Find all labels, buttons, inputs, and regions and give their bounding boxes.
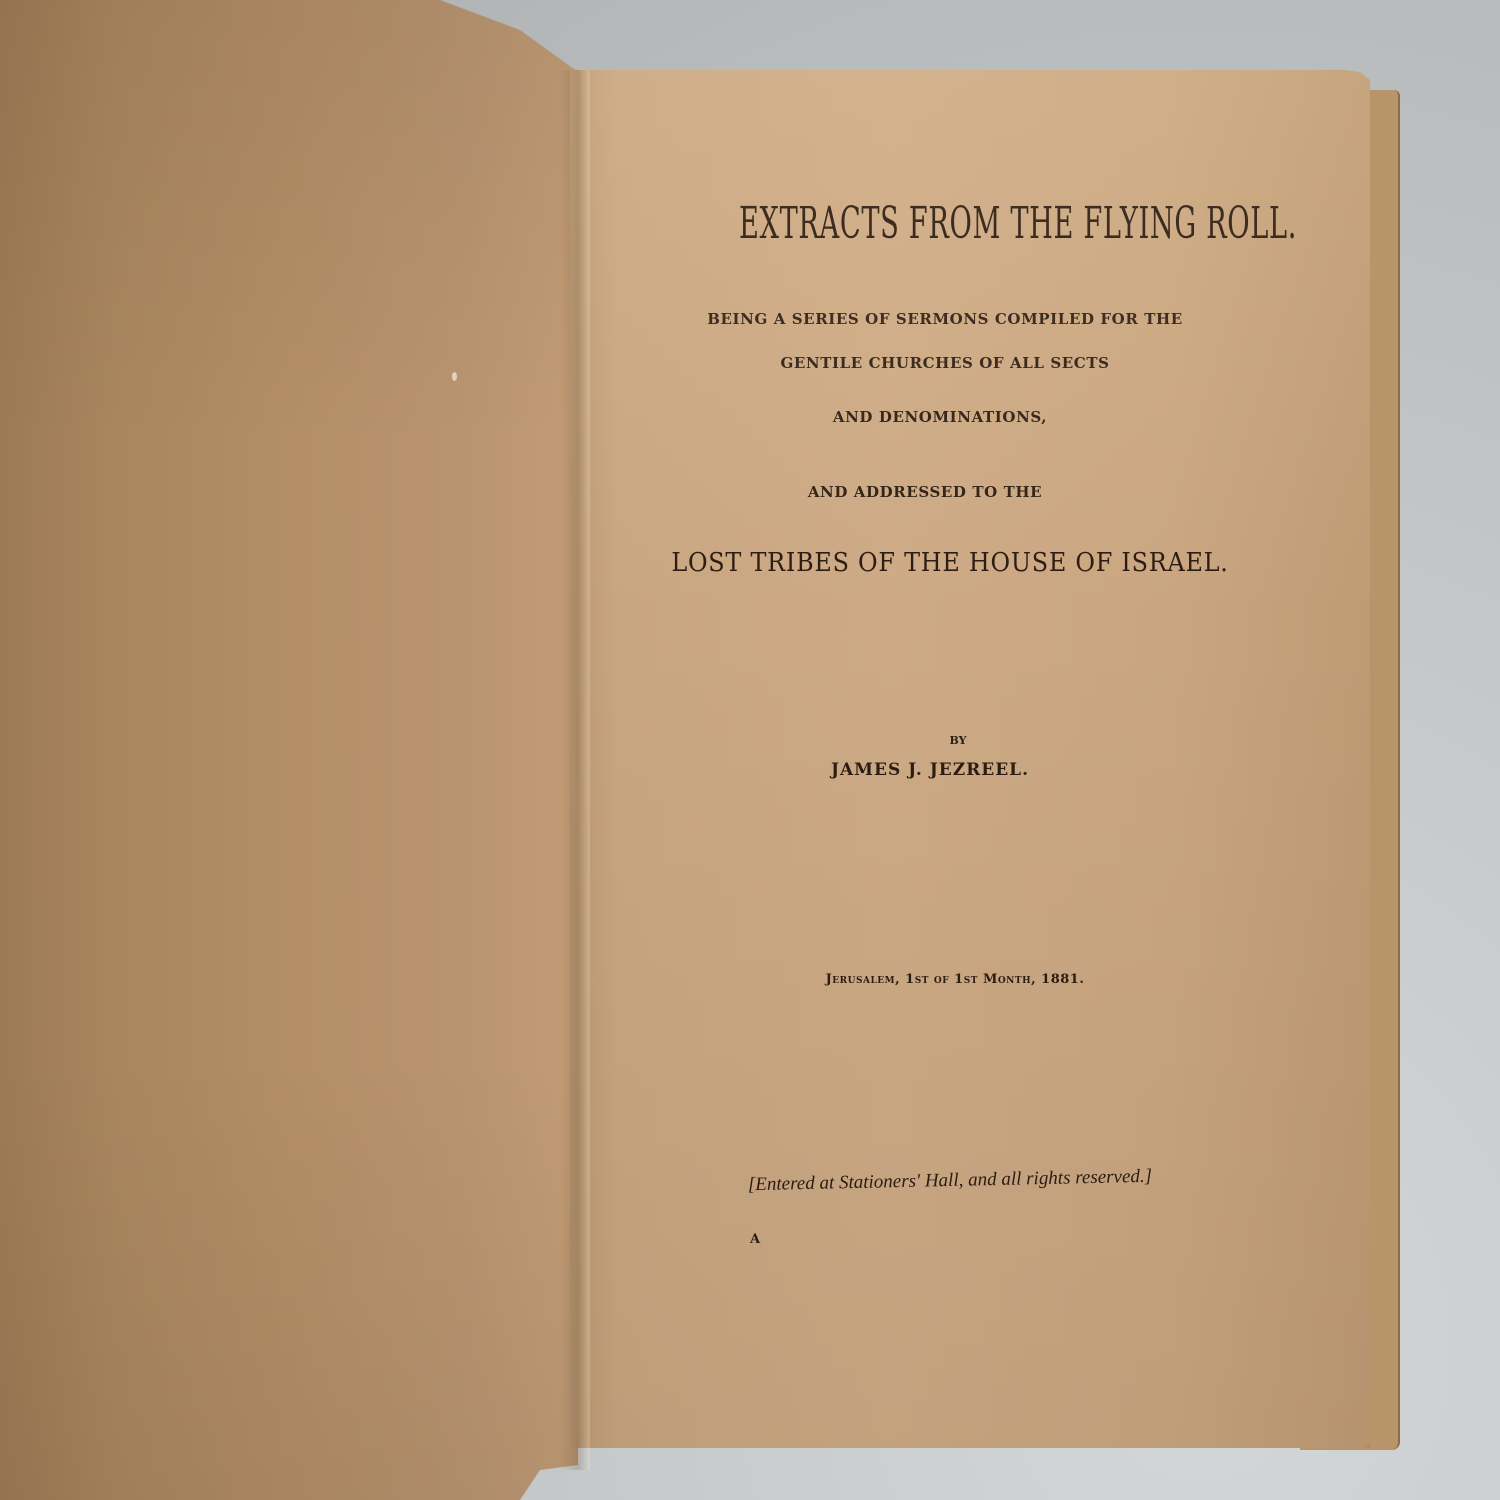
paper-speck bbox=[452, 372, 457, 381]
by-label: BY bbox=[558, 734, 1358, 747]
author-name: JAMES J. JEZREEL. bbox=[530, 760, 1330, 780]
book-title: EXTRACTS FROM THE FLYING ROLL. bbox=[739, 198, 1111, 249]
addressed-line: AND ADDRESSED TO THE bbox=[525, 483, 1325, 501]
place-date: Jerusalem, 1st of 1st Month, 1881. bbox=[555, 972, 1355, 987]
title-page: EXTRACTS FROM THE FLYING ROLL. BEING A S… bbox=[570, 70, 1370, 1448]
subtitle-line-1: BEING A SERIES OF SERMONS COMPILED FOR T… bbox=[545, 310, 1345, 328]
subtitle-line-2: GENTILE CHURCHES OF ALL SECTS bbox=[545, 354, 1345, 372]
rights-notice: [Entered at Stationers' Hall, and all ri… bbox=[550, 1162, 1350, 1201]
signature-mark: A bbox=[750, 1232, 760, 1247]
book-gutter bbox=[560, 70, 590, 1470]
addressee-line: LOST TRIBES OF THE HOUSE OF ISRAEL. bbox=[582, 548, 1318, 578]
subtitle-line-3: AND DENOMINATIONS, bbox=[540, 408, 1340, 426]
left-page-blank bbox=[0, 0, 578, 1500]
